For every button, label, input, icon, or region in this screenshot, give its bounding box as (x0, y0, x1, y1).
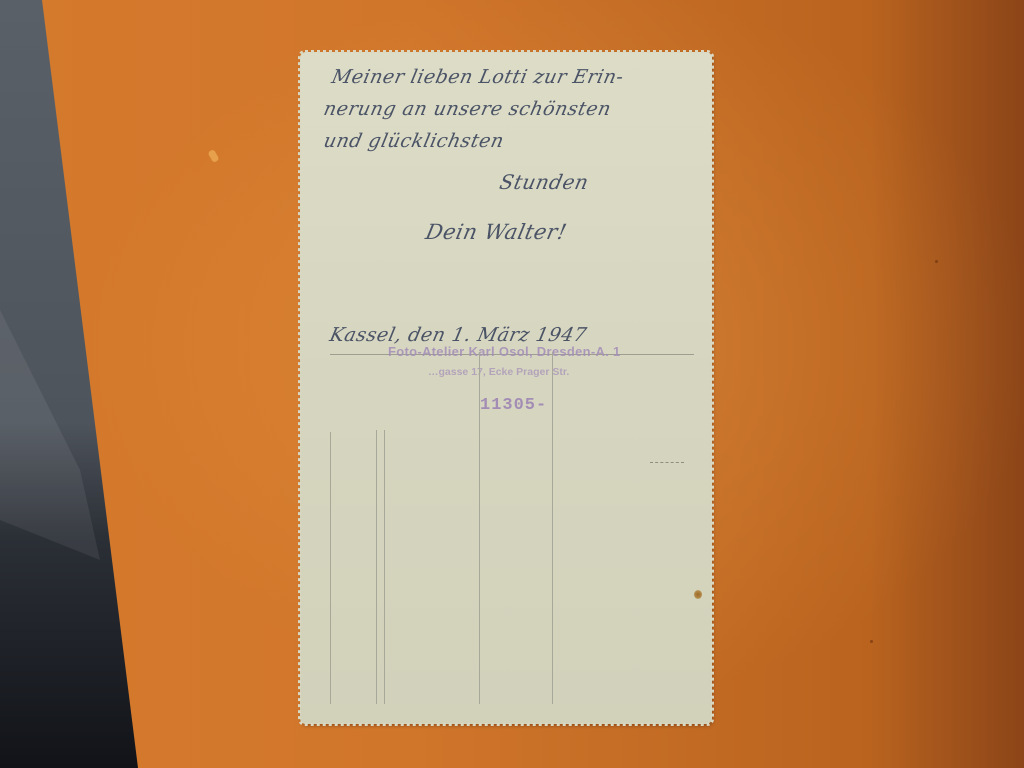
printed-vertical-line (384, 430, 385, 704)
message-line-1: Meiner lieben Lotti zur Erin- (330, 66, 626, 88)
faint-dash-mark (650, 462, 684, 463)
message-line-3: und glücklichsten (322, 130, 506, 152)
printed-vertical-line (376, 430, 377, 704)
signature: Dein Walter! (423, 220, 569, 244)
postcard-back: Meiner lieben Lotti zur Erin- nerung an … (300, 52, 712, 724)
printed-vertical-line (330, 432, 331, 704)
foxing-stain (694, 590, 702, 599)
date-line: Kassel, den 1. März 1947 (328, 324, 589, 346)
message-line-4: Stunden (497, 170, 591, 194)
studio-address-stamp: …gasse 17, Ecke Prager Str. (428, 366, 569, 378)
message-line-2: nerung an unsere schönsten (322, 98, 614, 120)
studio-stamp: Foto-Atelier Karl Osol, Dresden-A. 1 (388, 344, 621, 359)
surface-spot (935, 260, 938, 263)
printed-vertical-line (479, 352, 480, 704)
negative-number-stamp: 11305- (480, 396, 547, 415)
surface-spot (870, 640, 873, 643)
printed-vertical-line (552, 352, 553, 704)
